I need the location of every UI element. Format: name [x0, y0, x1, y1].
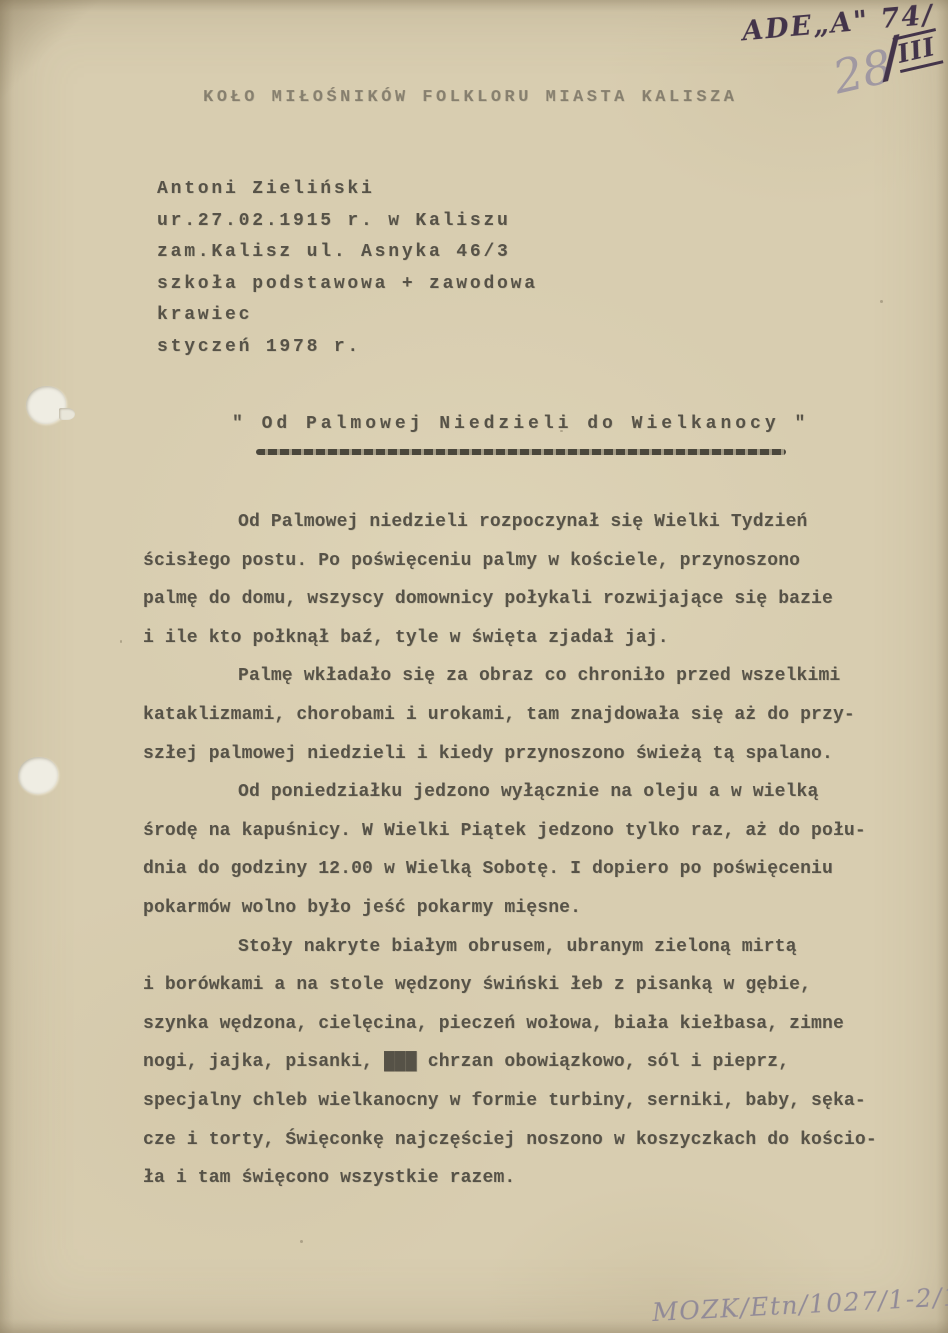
body-line: środę na kapuśnicy. W Wielki Piątek jedz…	[143, 812, 877, 851]
body-line: Od poniedziałku jedzono wyłącznie na ole…	[143, 773, 877, 812]
body-line: specjalny chleb wielkanocny w formie tur…	[143, 1082, 877, 1121]
document-body: Od Palmowej niedzieli rozpoczynał się Wi…	[143, 503, 877, 1198]
body-line: cze i torty, Święconkę najczęściej noszo…	[143, 1121, 877, 1160]
body-line: pokarmów wolno było jeść pokarmy mięsne.	[143, 889, 877, 928]
body-line: Stoły nakryte białym obrusem, ubranym zi…	[143, 928, 877, 967]
author-profession: krawiec	[157, 300, 538, 332]
body-line: ła i tam święcono wszystkie razem.	[143, 1159, 877, 1198]
paper-speck	[880, 300, 883, 303]
author-education: szkoła podstawowa + zawodowa	[157, 269, 538, 301]
body-line: kataklizmami, chorobami i urokami, tam z…	[143, 696, 877, 735]
body-line: nogi, jajka, pisanki, ███ chrzan obowiąz…	[143, 1043, 877, 1082]
author-birth: ur.27.02.1915 r. w Kaliszu	[157, 206, 538, 238]
paper-speck	[120, 640, 122, 643]
paper-speck	[300, 1240, 303, 1243]
document-date: styczeń 1978 r.	[157, 332, 538, 364]
date-month-roman: III	[892, 28, 943, 73]
author-name: Antoni Zieliński	[157, 174, 538, 206]
body-line: Palmę wkładało się za obraz co chroniło …	[143, 657, 877, 696]
hole-punch-bottom	[18, 757, 58, 794]
archival-annotation-bottom: MOZK/Etn/1027/1-2/1	[651, 1282, 948, 1327]
title-underline	[256, 449, 786, 455]
organization-header: KOŁO MIŁOŚNIKÓW FOLKLORU MIASTA KALISZA	[203, 88, 737, 107]
body-line: ścisłego postu. Po poświęceniu palmy w k…	[143, 542, 877, 581]
body-line: palmę do domu, wszyscy domownicy połykal…	[143, 580, 877, 619]
body-line: Od Palmowej niedzieli rozpoczynał się Wi…	[143, 503, 877, 542]
author-address: zam.Kalisz ul. Asnyka 46/3	[157, 237, 538, 269]
author-block: Antoni Zieliński ur.27.02.1915 r. w Kali…	[157, 174, 538, 363]
body-line: i ile kto połknął baź, tyle w święta zja…	[143, 619, 877, 658]
paper-speck	[560, 430, 563, 432]
hole-punch-top	[26, 386, 66, 424]
document-title: " Od Palmowej Niedzieli do Wielkanocy "	[232, 414, 809, 434]
body-line: dnia do godziny 12.00 w Wielką Sobotę. I…	[143, 850, 877, 889]
body-line: szłej palmowej niedzieli i kiedy przynos…	[143, 735, 877, 774]
body-line: szynka wędzona, cielęcina, pieczeń wołow…	[143, 1005, 877, 1044]
archival-annotation-top: ADE„A" 74/ 28/III	[741, 0, 935, 47]
scanned-document-page: ADE„A" 74/ 28/III KOŁO MIŁOŚNIKÓW FOLKLO…	[0, 0, 948, 1333]
body-line: i borówkami a na stole wędzony świński ł…	[143, 966, 877, 1005]
